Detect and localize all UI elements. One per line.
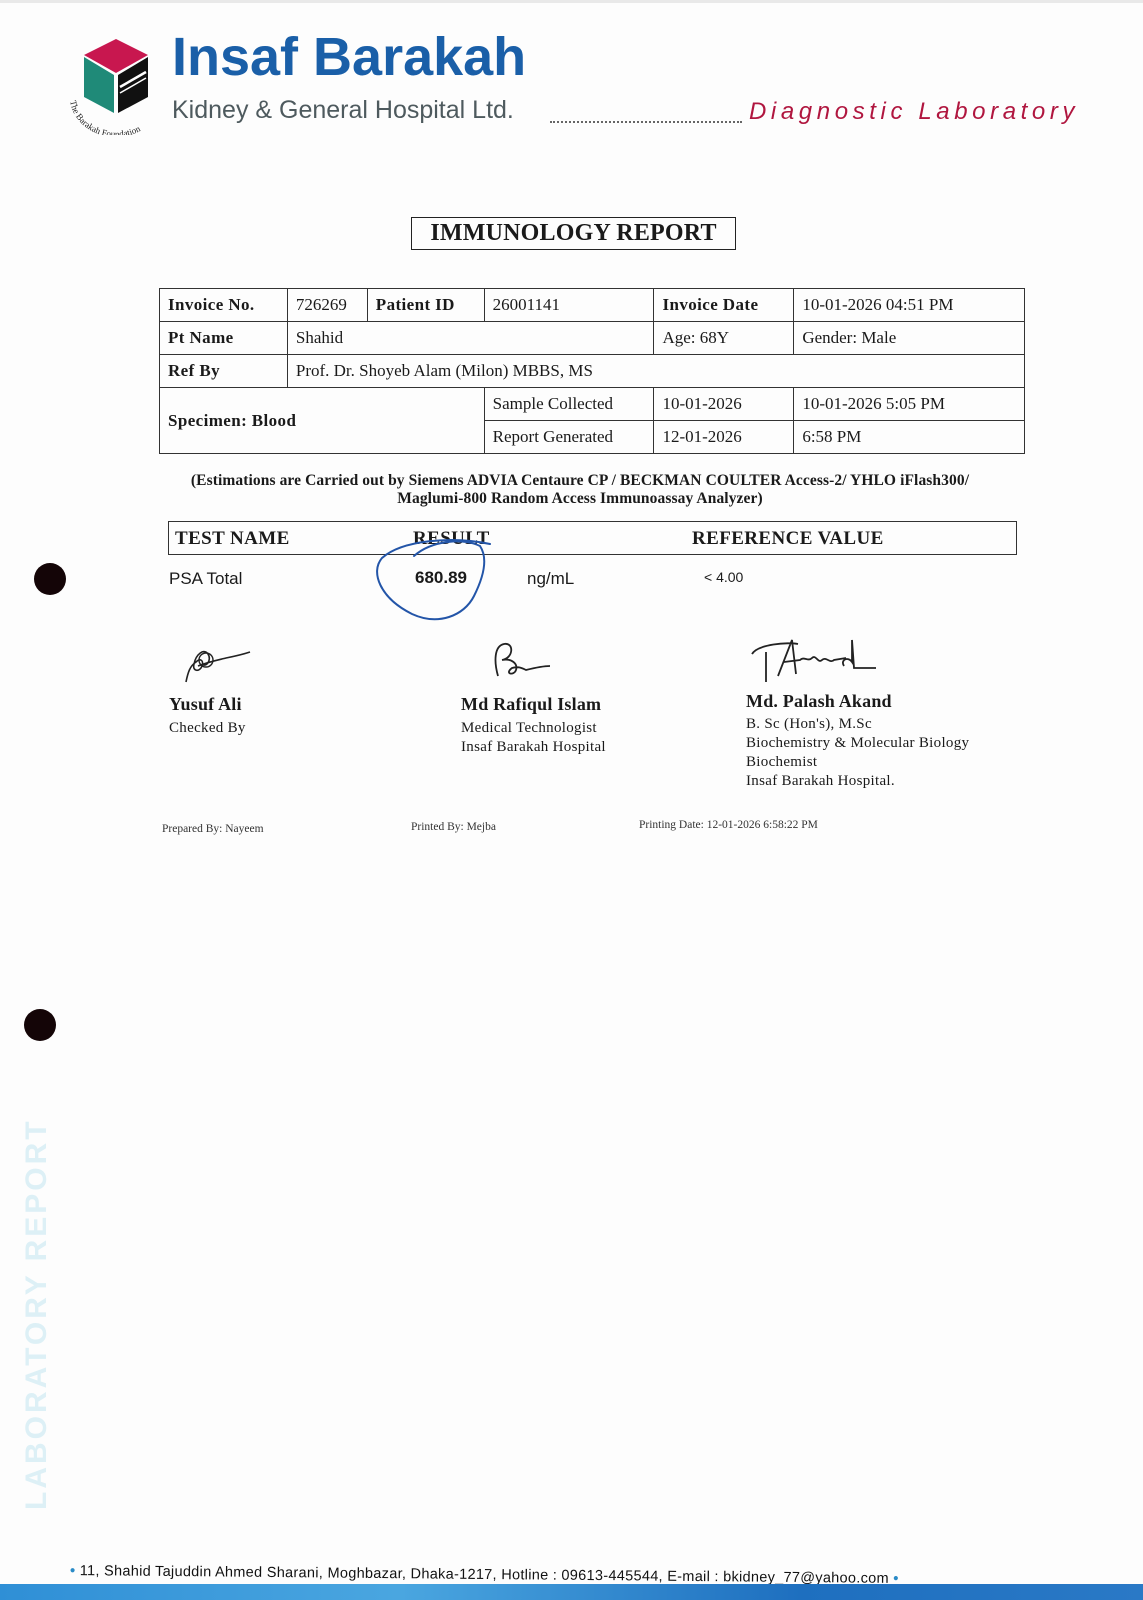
signatory-role: Biochemist xyxy=(746,753,969,772)
gender-value: Gender: Male xyxy=(794,322,1025,355)
signatory-checked-by: Yusuf Ali Checked By xyxy=(169,694,246,738)
signatory-medical-technologist: Md Rafiqul Islam Medical Technologist In… xyxy=(461,694,606,757)
signatory-name: Md. Palash Akand xyxy=(746,691,969,712)
report-generated-time: 6:58 PM xyxy=(794,421,1025,454)
report-generated-label: Report Generated xyxy=(484,421,654,454)
signature-yusuf-ali-icon xyxy=(178,638,253,686)
brand-name: Insaf Barakah xyxy=(172,30,526,84)
method-note: (Estimations are Carried out by Siemens … xyxy=(150,472,1010,508)
patient-id-value: 26001141 xyxy=(484,289,654,322)
barakah-foundation-logo-icon: The Barakah Foundation xyxy=(66,35,166,135)
invoice-no-value: 726269 xyxy=(287,289,367,322)
signatory-field: Biochemistry & Molecular Biology xyxy=(746,734,969,753)
footer-color-band xyxy=(0,1584,1143,1600)
page-top-edge xyxy=(0,0,1143,3)
pt-name-value: Shahid xyxy=(287,322,654,355)
department-name: Diagnostic Laboratory xyxy=(749,100,1079,124)
printing-date: Printing Date: 12-01-2026 6:58:22 PM xyxy=(639,819,818,831)
prepared-by: Prepared By: Nayeem xyxy=(162,823,264,835)
result-unit: ng/mL xyxy=(527,569,574,589)
header-dotted-leader xyxy=(550,107,742,123)
header-reference-value: REFERENCE VALUE xyxy=(692,528,884,550)
signatory-biochemist: Md. Palash Akand B. Sc (Hon's), M.Sc Bio… xyxy=(746,691,969,791)
result-table-header: TEST NAME RESULT REFERENCE VALUE xyxy=(168,521,1017,555)
pt-name-label: Pt Name xyxy=(160,322,288,355)
brand-subtitle: Kidney & General Hospital Ltd. xyxy=(172,98,514,123)
punch-hole xyxy=(24,1009,56,1041)
method-note-line-2: Maglumi-800 Random Access Immunoassay An… xyxy=(150,490,1010,508)
signature-palash-akand-icon xyxy=(748,636,878,688)
bullet-icon: • xyxy=(70,1563,76,1579)
invoice-no-label: Invoice No. xyxy=(160,289,288,322)
patient-id-label: Patient ID xyxy=(367,289,484,322)
age-value: Age: 68Y xyxy=(654,322,794,355)
header-test-name: TEST NAME xyxy=(175,528,290,550)
invoice-date-value: 10-01-2026 04:51 PM xyxy=(794,289,1025,322)
signatory-institution: Insaf Barakah Hospital xyxy=(461,738,606,757)
method-note-line-1: (Estimations are Carried out by Siemens … xyxy=(150,472,1010,490)
invoice-date-label: Invoice Date xyxy=(654,289,794,322)
sample-collected-label: Sample Collected xyxy=(484,388,654,421)
signatory-role: Medical Technologist xyxy=(461,719,606,738)
signatory-institution: Insaf Barakah Hospital. xyxy=(746,772,969,791)
printed-by: Printed By: Mejba xyxy=(411,821,496,833)
report-generated-date: 12-01-2026 xyxy=(654,421,794,454)
signature-rafiqul-islam-icon xyxy=(488,638,563,680)
punch-hole xyxy=(34,563,66,595)
sample-collected-datetime: 10-01-2026 5:05 PM xyxy=(794,388,1025,421)
specimen-label: Specimen: Blood xyxy=(160,388,485,454)
signatory-role: Checked By xyxy=(169,719,246,738)
signatory-degree: B. Sc (Hon's), M.Sc xyxy=(746,715,969,734)
signatory-name: Md Rafiqul Islam xyxy=(461,694,606,715)
patient-info-table: Invoice No. 726269 Patient ID 26001141 I… xyxy=(159,288,1025,454)
laboratory-report-watermark: LABORATORY REPORT xyxy=(20,1118,54,1510)
sample-collected-date: 10-01-2026 xyxy=(654,388,794,421)
report-title: IMMUNOLOGY REPORT xyxy=(411,217,736,250)
ref-by-value: Prof. Dr. Shoyeb Alam (Milon) MBBS, MS xyxy=(287,355,1024,388)
result-test-name: PSA Total xyxy=(169,569,242,589)
signatory-name: Yusuf Ali xyxy=(169,694,246,715)
result-reference: < 4.00 xyxy=(704,569,743,585)
pen-circle-annotation-icon xyxy=(372,536,522,626)
ref-by-label: Ref By xyxy=(160,355,288,388)
